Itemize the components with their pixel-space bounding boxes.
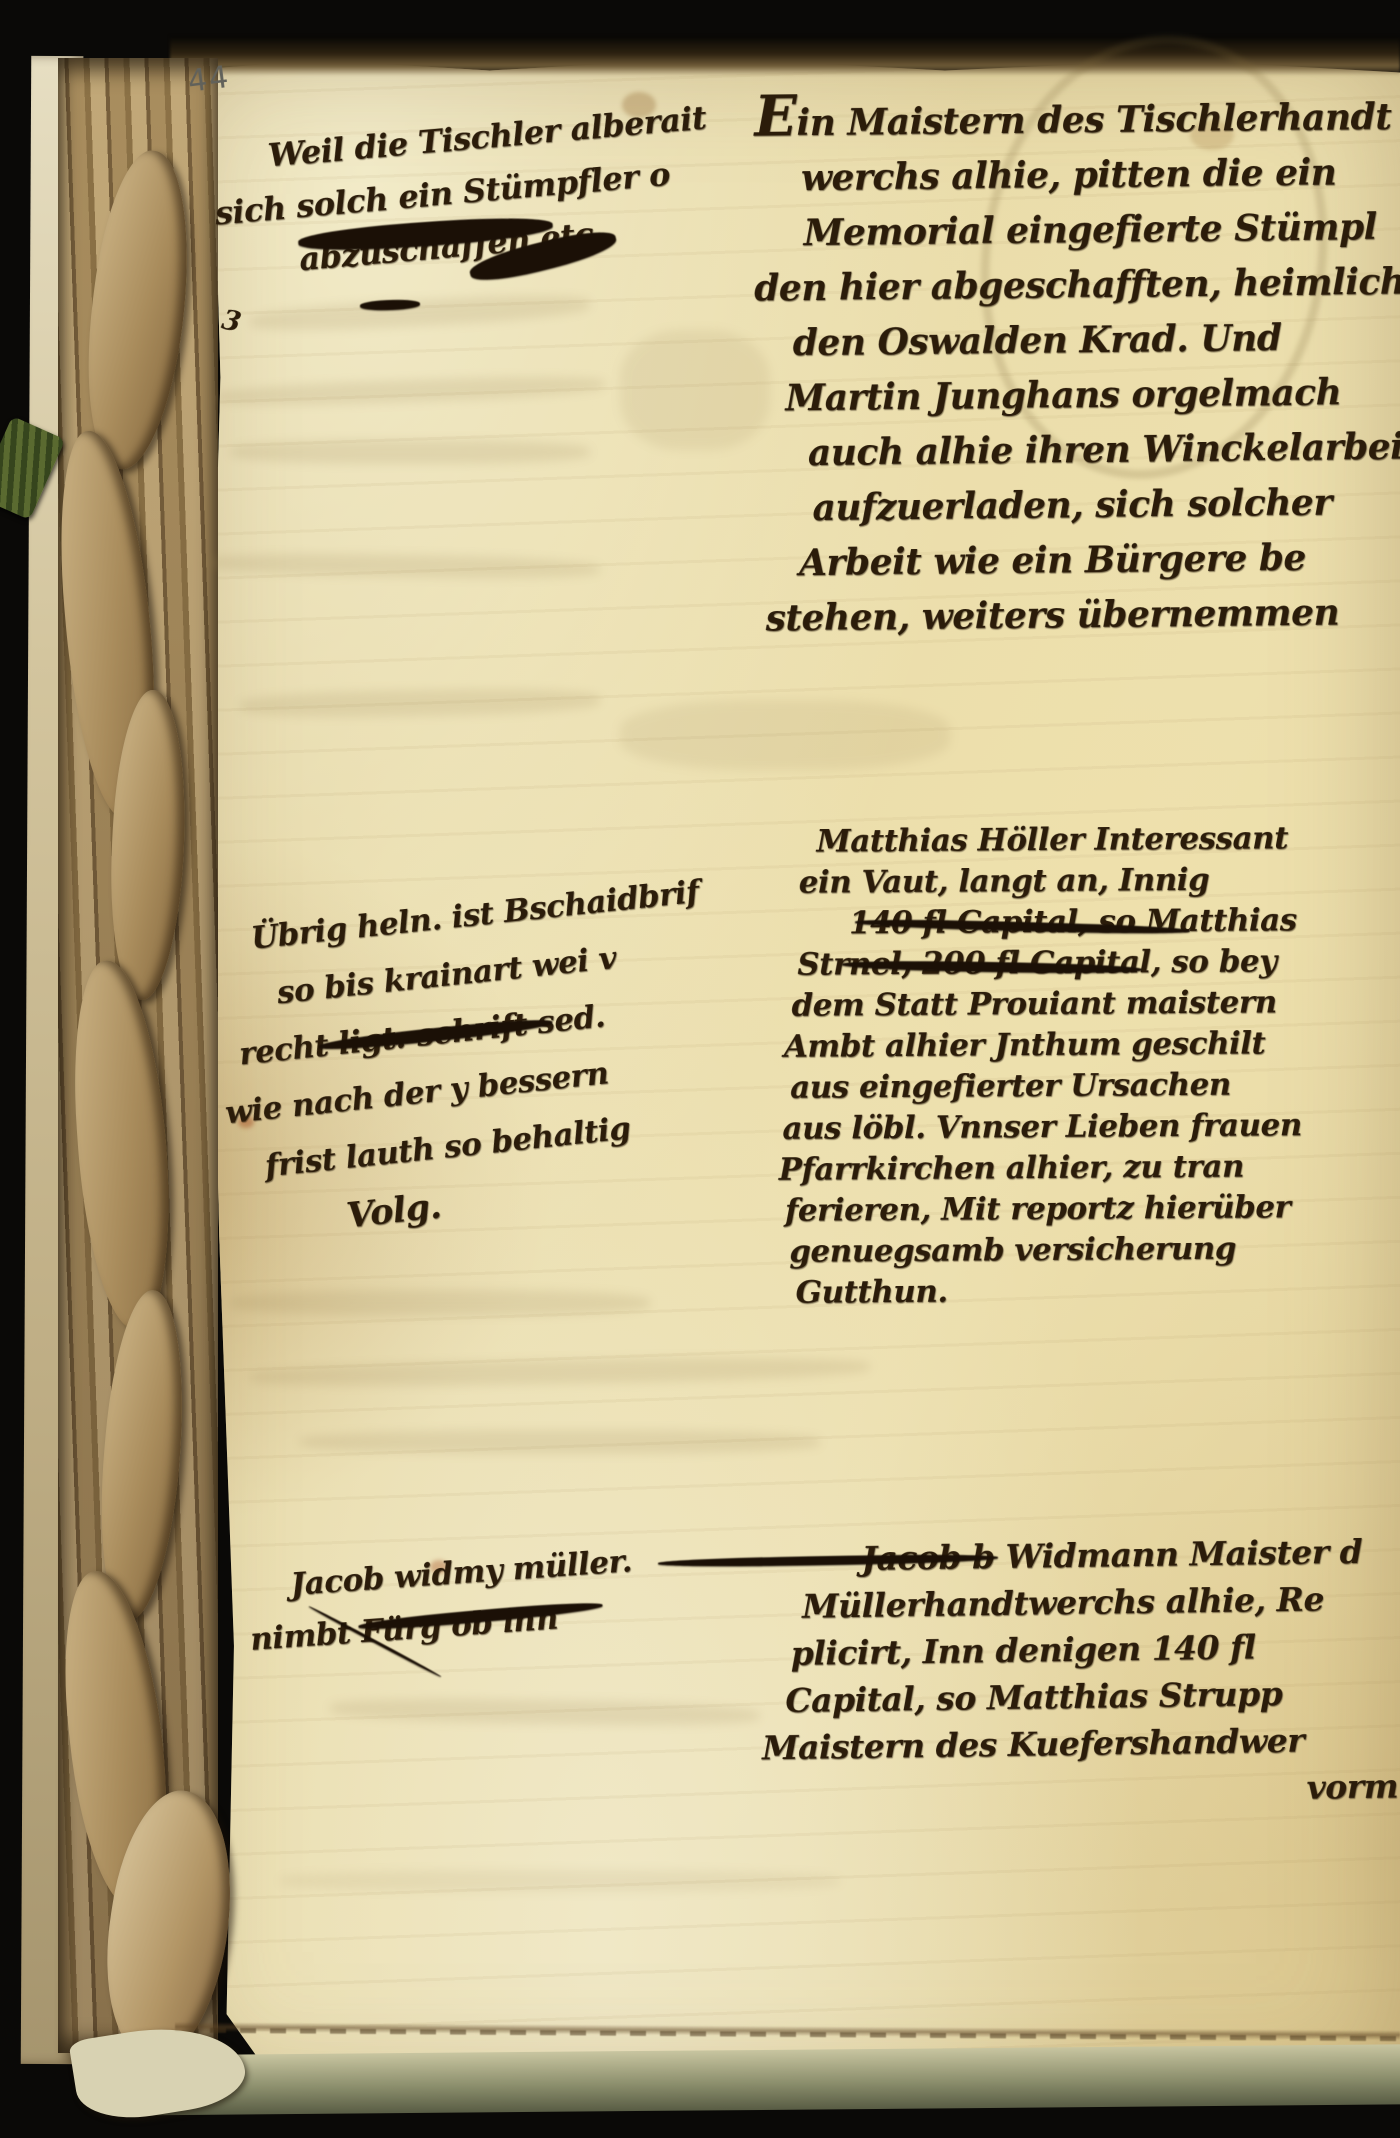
note-middle-left: Übrig heln. ist Bschaidbrif so bis krain…	[218, 864, 731, 1254]
handwritten-line: aufzuerladen, sich solcher	[812, 474, 1400, 536]
handwritten-line: Ambt alhier Jnthum geschilt	[784, 1023, 1302, 1068]
handwritten-line: Martin Junghans orgelmach	[785, 364, 1400, 426]
handwritten-line: auch alhie ihren Winckelarbeiten	[808, 419, 1400, 481]
handwritten-line: genuegsamb versicherung	[789, 1228, 1303, 1273]
page-block-bottom	[112, 2044, 1400, 2115]
handwritten-line: Arbeit wie ein Bürgere be	[799, 529, 1400, 591]
handwritten-line: den Oswalden Krad. Und	[792, 309, 1400, 371]
handwritten-line: Maistern des Kuefershandwer	[762, 1715, 1398, 1771]
handwritten-line: Gutthun.	[795, 1269, 1303, 1314]
handwritten-line: aus eingefierter Ursachen	[790, 1064, 1302, 1109]
handwritten-line: aus löbl. Vnnser Lieben frauen	[782, 1105, 1302, 1150]
handwritten-line: vorm	[1306, 1762, 1398, 1810]
handwritten-line: ferieren, Mit reportz hierüber	[785, 1187, 1303, 1232]
handwritten-line: ein Vaut, langt an, Innig	[799, 859, 1301, 903]
entry-middle-right: Matthias Höller Interessant ein Vaut, la…	[776, 818, 1303, 1314]
manuscript-photo: 44 3 Weil die Tischler alberait sich sol…	[0, 0, 1400, 2138]
bleedthrough-mark	[300, 1430, 820, 1454]
handwritten-line: stehen, weiters übernemmen	[765, 584, 1400, 646]
handwritten-line: Matthias Höller Interessant	[816, 818, 1300, 862]
entry-bottom-right: Jacob b Widmann Maister d Müllerhandtwer…	[743, 1527, 1398, 1818]
handwritten-line: dem Statt Prouiant maistern	[791, 982, 1301, 1027]
handwritten-line: Memorial eingefierte Stümpl	[803, 199, 1400, 261]
folio-number: 44	[186, 60, 232, 100]
handwritten-line: Capital, so Matthias Strupp	[785, 1668, 1397, 1724]
bleedthrough-mark	[620, 700, 950, 770]
bleedthrough-mark	[230, 440, 590, 464]
handwritten-line: Ein Maistern des Tischlerhandt	[754, 82, 1400, 151]
handwritten-line: werchs alhie, pitten die ein	[801, 144, 1400, 206]
bleedthrough-mark	[280, 1870, 840, 1892]
bleedthrough-mark	[230, 1290, 650, 1316]
handwritten-line: den hier abgeschafften, heimlich	[754, 254, 1400, 316]
handwritten-line: plicirt, Inn denigen 140 fl	[790, 1621, 1396, 1676]
handwritten-line: Müllerhandtwerchs alhie, Re	[802, 1574, 1396, 1629]
entry-top-right: Ein Maistern des Tischlerhandt werchs al…	[742, 82, 1400, 647]
handwritten-line: Pfarrkirchen alhier, zu tran	[779, 1146, 1303, 1191]
